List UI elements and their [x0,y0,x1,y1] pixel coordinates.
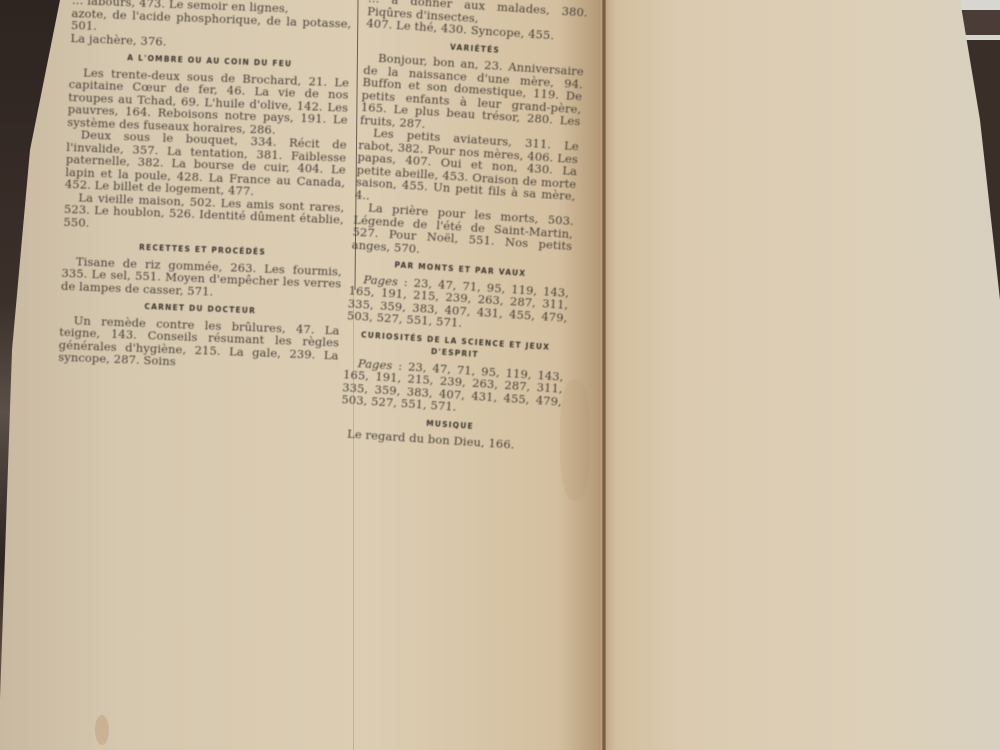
index-column-left: … labours, 473. Le semoir en lignes, azo… [58,0,352,374]
index-entry: Tisane de riz gommée, 263. Les fourmis, … [61,254,342,302]
index-entry: Un remède contre les brûlures, 47. La te… [58,313,340,374]
book-gutter [602,0,606,750]
pages-list: Pages : 23, 47, 71, 95, 119, 143, 165, 1… [347,272,570,336]
index-entry: Deux sous le bouquet, 334. Récit de l'in… [65,128,347,201]
index-column-right: … à donner aux malades, 380. Piqûres d'i… [339,0,588,454]
top-fragment: … labours, 473. Le semoir en lignes, azo… [70,0,352,55]
paper-stain [560,380,590,500]
pages-list: Pages : 23, 47, 71, 95, 119, 143, 165, 1… [341,356,564,420]
paper-stain [95,715,109,745]
right-page-blank [600,0,1000,750]
